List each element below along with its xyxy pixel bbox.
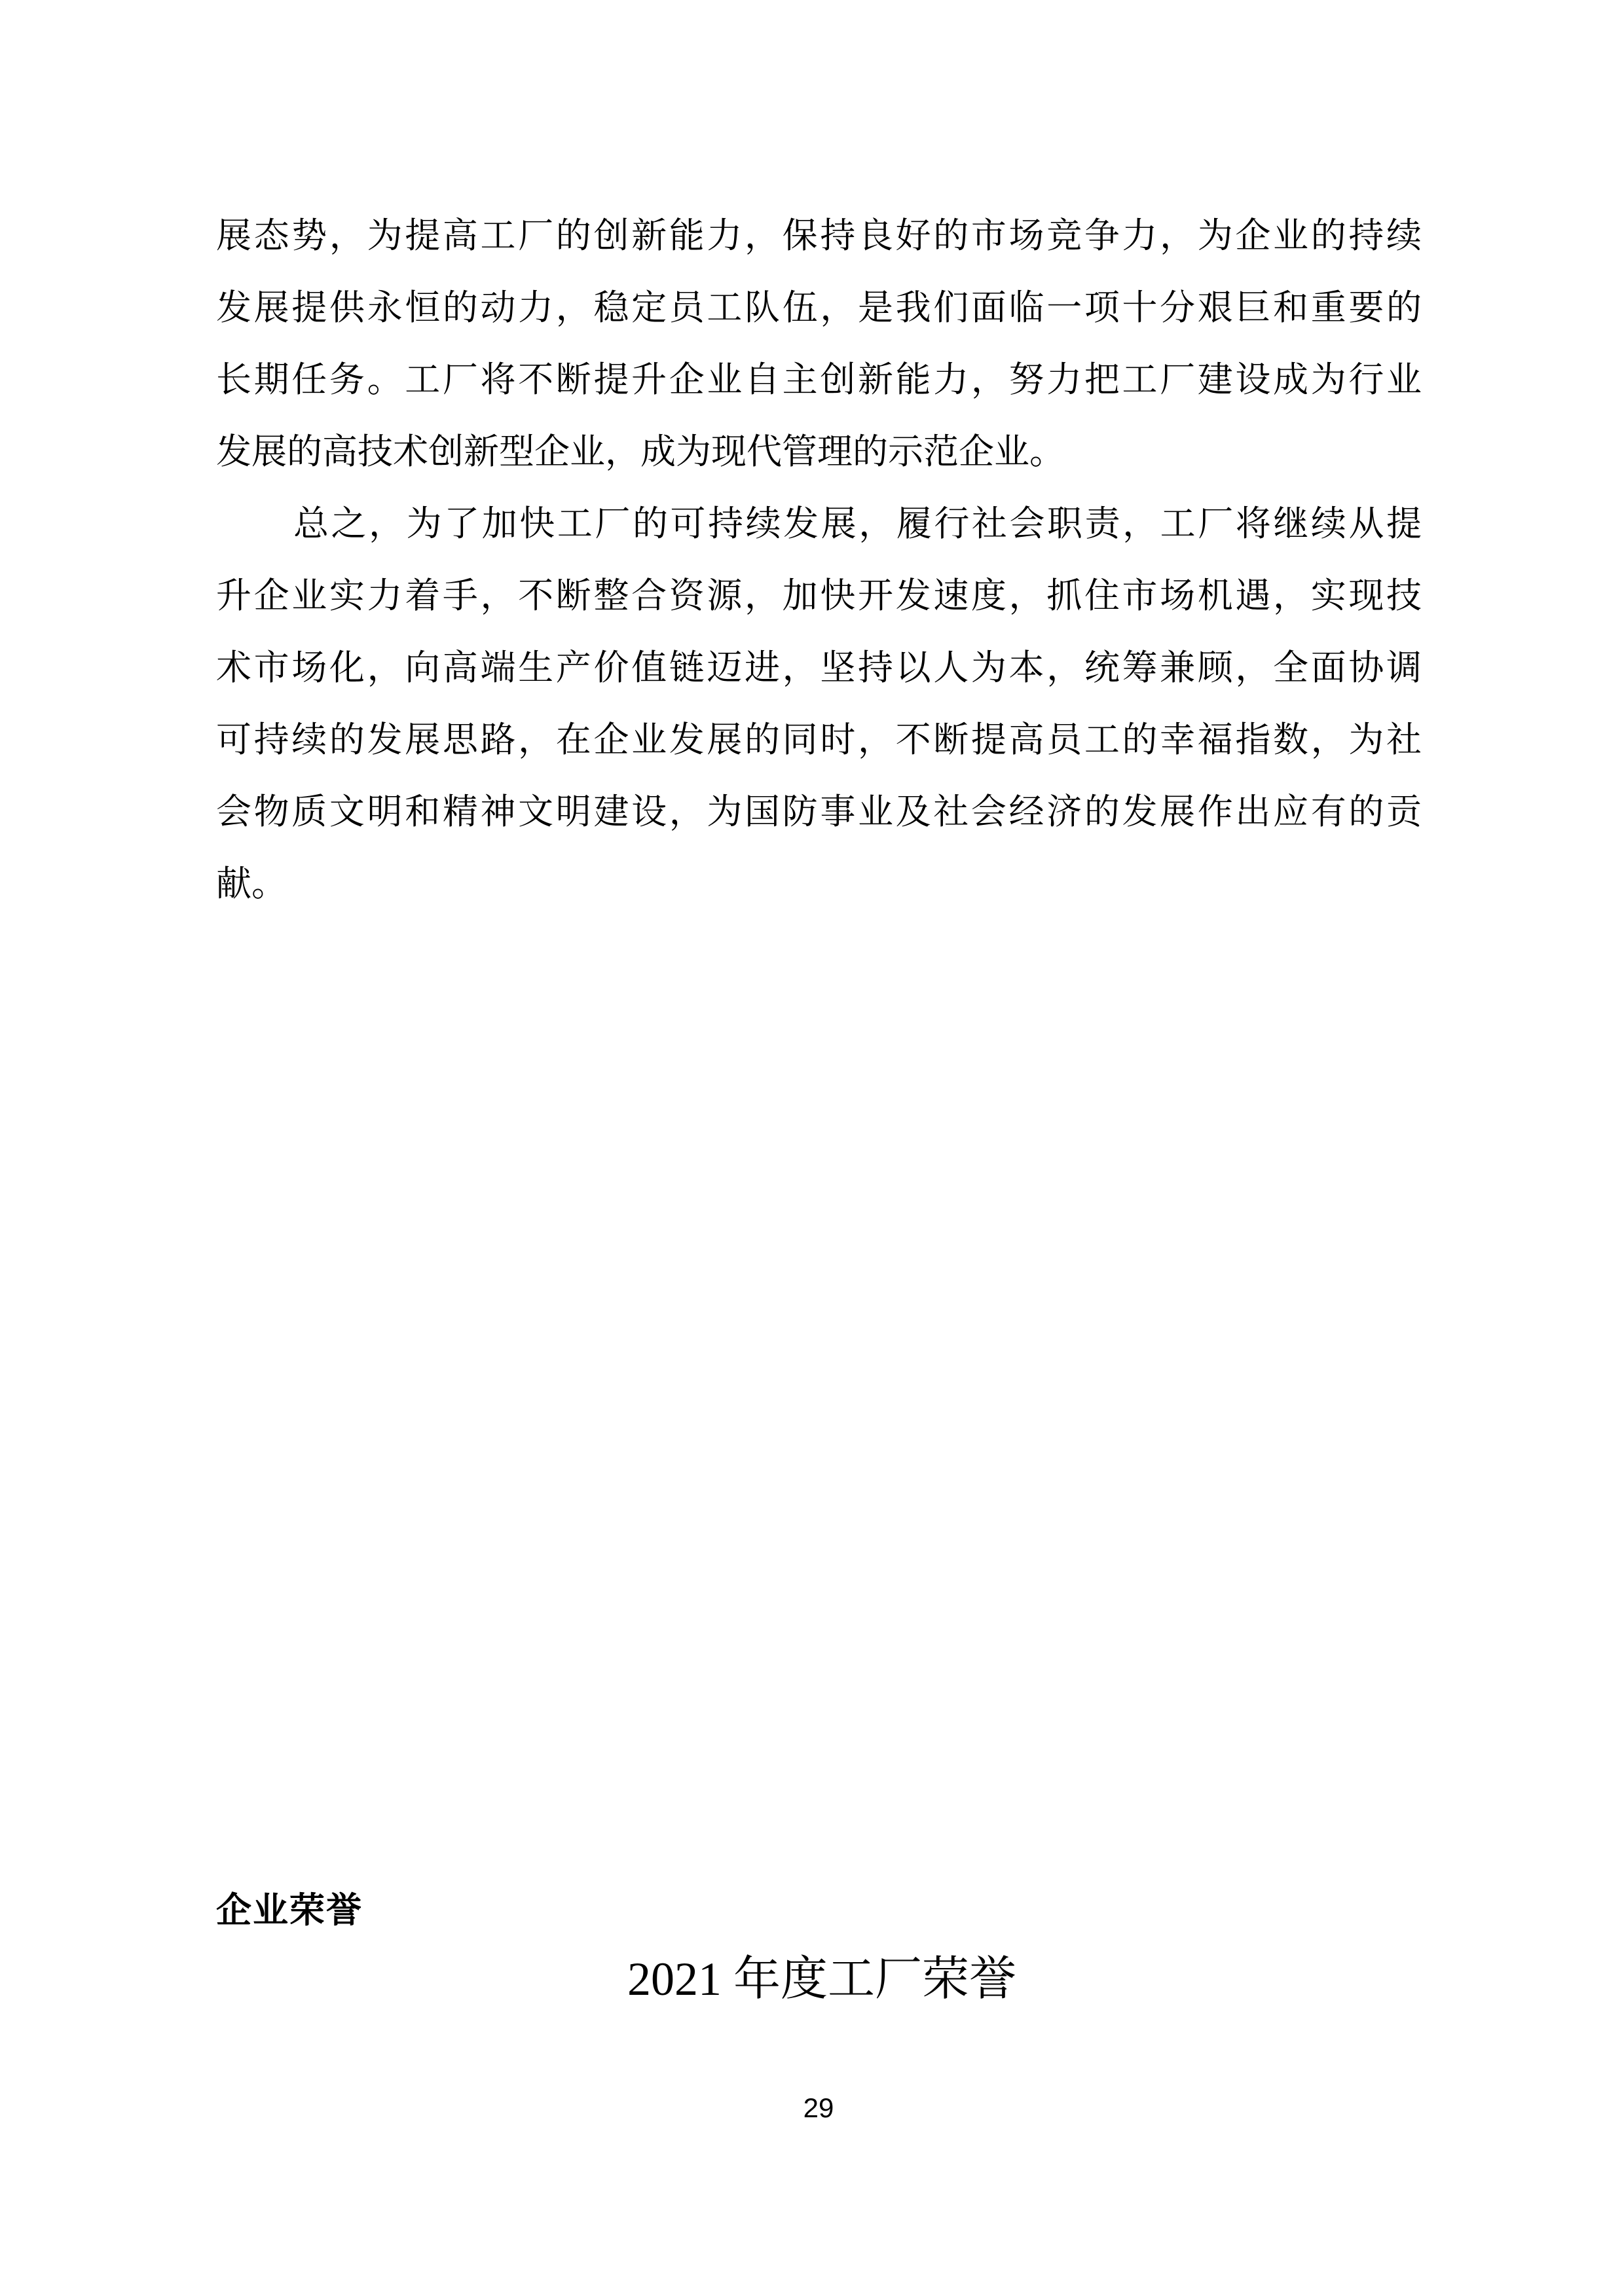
text-line: 长期任务。工厂将不断提升企业自主创新能力，努力把工厂建设成为行业	[216, 344, 1422, 416]
text-line: 总之，为了加快工厂的可持续发展，履行社会职责，工厂将继续从提	[216, 488, 1422, 560]
body-text: 展态势，为提高工厂的创新能力，保持良好的市场竞争力，为企业的持续发展提供永恒的动…	[216, 200, 1422, 920]
document-page: 展态势，为提高工厂的创新能力，保持良好的市场竞争力，为企业的持续发展提供永恒的动…	[0, 0, 1624, 2296]
text-line: 发展提供永恒的动力，稳定员工队伍，是我们面临一项十分艰巨和重要的	[216, 272, 1422, 344]
honor-title: 2021 年度工厂荣誉	[0, 1950, 1624, 2009]
page-number: 29	[0, 2092, 1624, 2124]
text-line: 展态势，为提高工厂的创新能力，保持良好的市场竞争力，为企业的持续	[216, 200, 1422, 272]
text-line: 发展的高技术创新型企业，成为现代管理的示范企业。	[216, 416, 1422, 488]
section-heading: 企业荣誉	[216, 1889, 363, 1932]
text-line: 升企业实力着手，不断整合资源，加快开发速度，抓住市场机遇，实现技	[216, 560, 1422, 632]
text-line: 可持续的发展思路，在企业发展的同时，不断提高员工的幸福指数，为社	[216, 704, 1422, 776]
text-line: 术市场化，向高端生产价值链迈进，坚持以人为本，统筹兼顾，全面协调	[216, 632, 1422, 704]
text-line: 会物质文明和精神文明建设，为国防事业及社会经济的发展作出应有的贡	[216, 776, 1422, 848]
text-line: 献。	[216, 848, 1422, 920]
